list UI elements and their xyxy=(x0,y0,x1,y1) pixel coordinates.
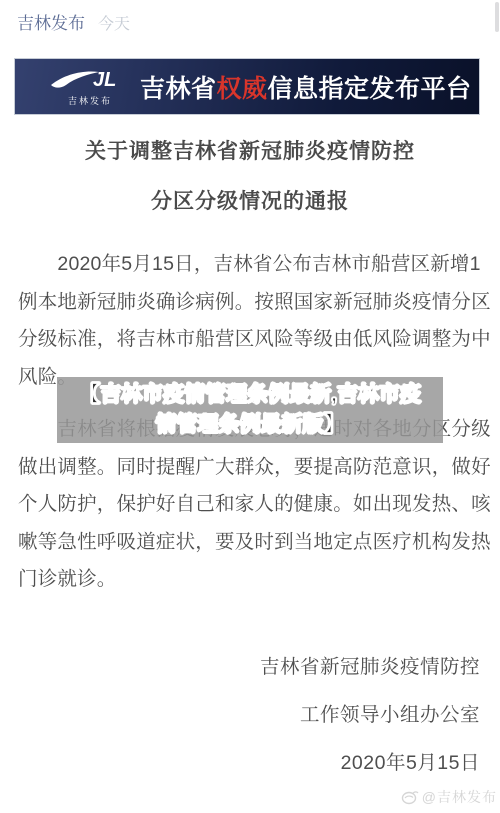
banner-headline: 吉林省权威信息指定发布平台 xyxy=(140,69,472,105)
banner-headline-pre: 吉林省 xyxy=(140,75,217,103)
jl-swoosh-icon: JL xyxy=(49,67,131,93)
platform-banner: JL 吉林发布 吉林省权威信息指定发布平台 xyxy=(14,58,480,115)
corner-watermark: @吉林发布 xyxy=(401,787,497,807)
post-time: 今天 xyxy=(98,11,130,34)
notice-signature: 吉林省新冠肺炎疫情防控 工作领导小组办公室 2020年5月15日 xyxy=(260,643,480,787)
corner-watermark-handle: @吉林发布 xyxy=(422,787,497,807)
overlay-watermark: 【吉林市疫情管理条例最新,吉林市疫 情管理条例最新版】 xyxy=(57,377,443,443)
post-header: 吉林发布 今天 xyxy=(17,9,130,34)
jl-logo-name: 吉林发布 xyxy=(68,94,112,107)
banner-headline-emphasis: 权威 xyxy=(217,75,268,103)
jl-logo: JL 吉林发布 xyxy=(49,67,131,107)
scrollbar-thumb[interactable] xyxy=(495,2,499,32)
notice-paragraph-1: 2020年5月15日，吉林省公布吉林市船营区新增1 例本地新冠肺炎确诊病例。按照… xyxy=(18,246,494,396)
author-name[interactable]: 吉林发布 xyxy=(17,9,85,34)
banner-headline-post: 信息指定发布平台 xyxy=(268,75,472,103)
jl-logo-letters: JL xyxy=(93,69,116,91)
notice-title: 关于调整吉林省新冠肺炎疫情防控 分区分级情况的通报 xyxy=(0,127,500,227)
stamp-badge-icon xyxy=(401,789,419,805)
